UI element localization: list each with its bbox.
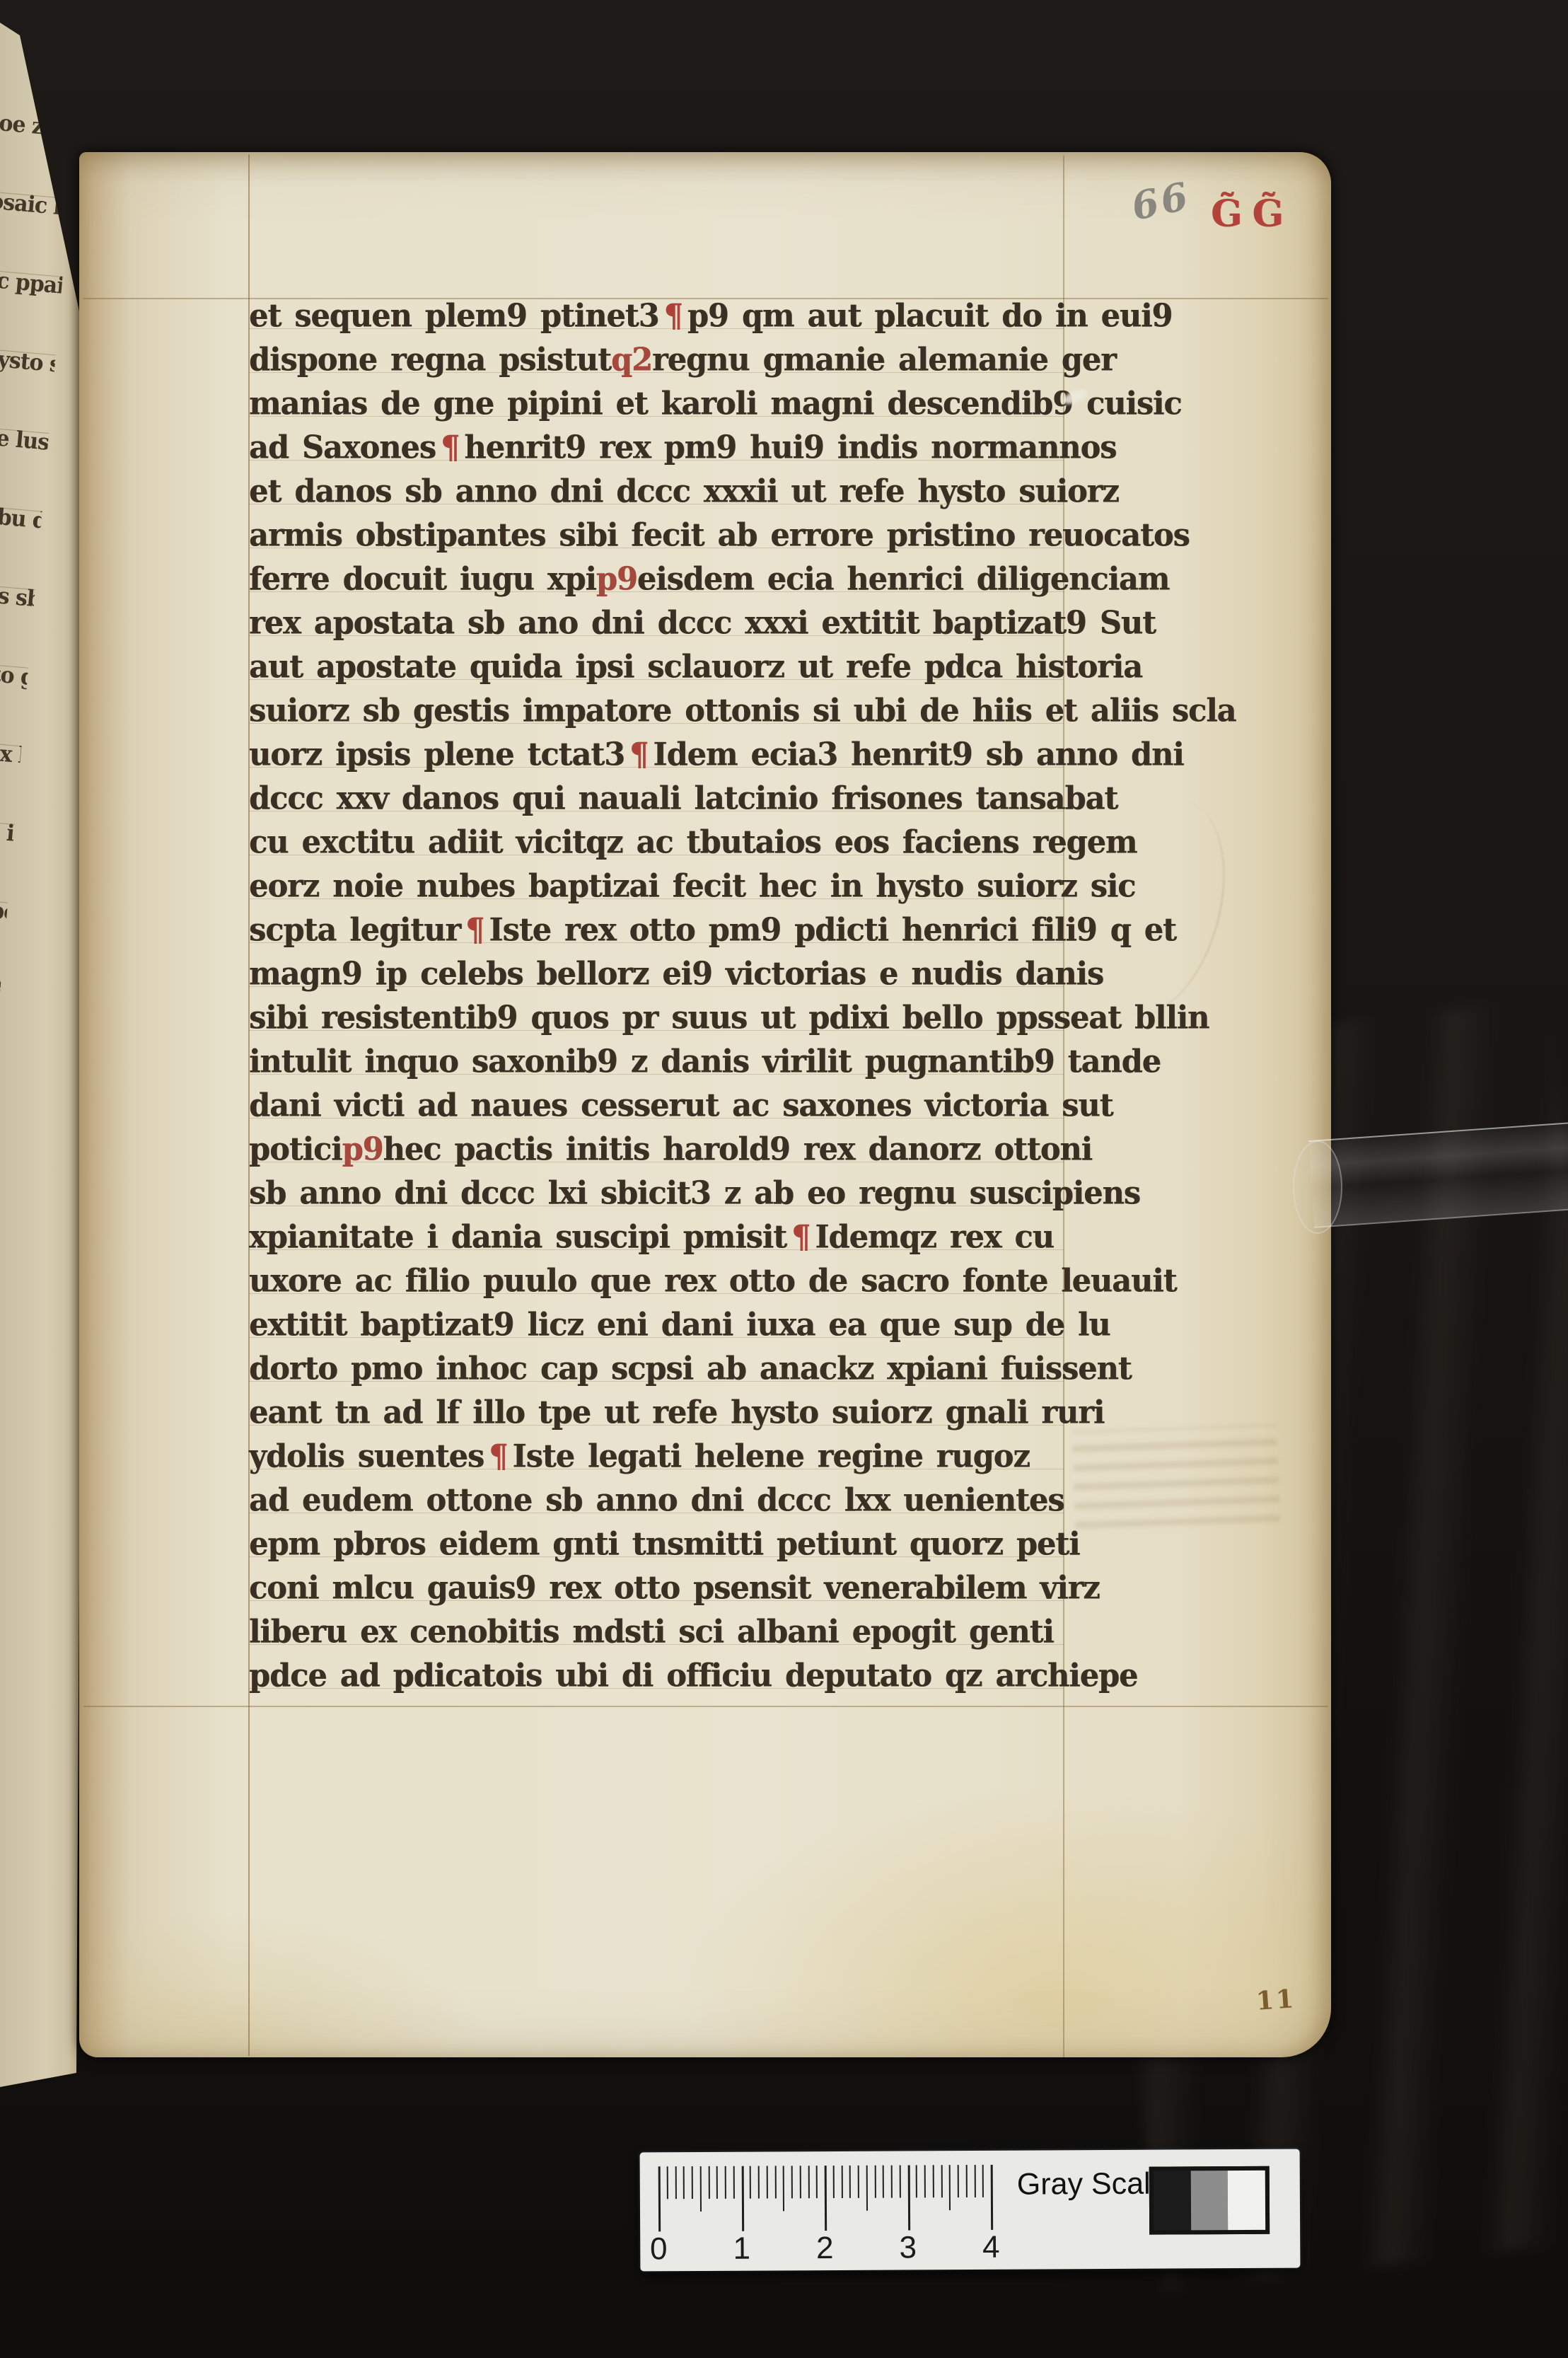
grayscale-patch: [1190, 2171, 1228, 2230]
ruler-tick: [924, 2165, 926, 2197]
facing-page-line: ne dures boh: [0, 889, 8, 981]
manuscript-line: xpianitate i dania suscipi pmisit ¶ Idem…: [249, 1214, 1105, 1260]
ruler-tick: [699, 2166, 701, 2212]
manuscript-line: epm pbros eidem gnti tnsmitti petiunt qu…: [249, 1521, 1105, 1567]
ruler-tick: [825, 2166, 827, 2231]
ruler-tick: [666, 2166, 668, 2199]
manuscript-line: et sequen plem9 ptinet3 ¶ p9 qm aut plac…: [249, 293, 1105, 339]
facing-page-line: z suenos sb i: [0, 576, 35, 669]
facing-page-line: rani bapti3: [0, 967, 1, 1060]
facing-page-line: q mosaic bapte3: [0, 185, 70, 277]
ruler-tick: [808, 2166, 809, 2198]
ruler-tick: [675, 2166, 676, 2199]
ruler-tick: [958, 2165, 959, 2197]
ruler-tick: [783, 2166, 784, 2211]
text-showthrough: [1072, 1424, 1281, 1529]
grayscale-patch: [1154, 2171, 1191, 2230]
manuscript-line: potici p9 hec pactis initis harold9 rex …: [249, 1126, 1105, 1172]
manuscript-line: rex apostata sb ano dni dccc xxxi extiti…: [249, 600, 1105, 646]
ruler-tick: [774, 2166, 776, 2198]
ruler-tick: [741, 2166, 743, 2231]
ruler-tick: [982, 2165, 984, 2197]
manuscript-line: dccc xxv danos qui nauali latcinio friso…: [249, 775, 1105, 821]
ruler-tick: [899, 2166, 900, 2198]
manuscript-line: magn9 ip celebs bellorz ei9 victorias e …: [249, 951, 1105, 997]
facing-page-line: k in hysto suioz: [0, 341, 56, 434]
ink-folio-number: 11: [1255, 1984, 1297, 2016]
manuscript-line: intulit inquo saxonib9 z danis virilit p…: [249, 1039, 1105, 1085]
gray-scale-ruler: 01234 Gray Scale: [640, 2149, 1301, 2272]
manuscript-line: dispone regna psistut q2 regnu gmanie al…: [249, 337, 1105, 383]
grayscale-patches: [1149, 2166, 1270, 2235]
ruler-tick: [974, 2165, 975, 2197]
ruler-tick: [841, 2166, 842, 2198]
manuscript-line: dani victi ad naues cesserut ac saxones …: [249, 1082, 1105, 1128]
ruler-ticks: [658, 2166, 659, 2237]
ruler-number: 1: [733, 2231, 750, 2267]
grayscale-patch: [1228, 2171, 1265, 2230]
facing-page-line: z sc ide lus: [0, 420, 50, 512]
manuscript-line: uxore ac filio puulo que rex otto de sac…: [249, 1258, 1105, 1304]
ruler-tick: [692, 2166, 693, 2199]
ruler-tick: [883, 2166, 884, 2198]
facing-page-line: qz de qua i ccl: [0, 810, 15, 903]
facing-page-line: u pmo rex b: [0, 732, 22, 825]
facing-page-line: itoz hysto gni: [0, 654, 29, 746]
red-quire-mark: G̃G̃: [1211, 192, 1294, 236]
manuscript-line: eant tn ad lf illo tpe ut refe hysto sui…: [249, 1389, 1105, 1435]
facing-page-line: u vxoe z filiis nrs: [0, 106, 76, 199]
ruler-tick: [758, 2166, 760, 2199]
ruler-tick: [832, 2166, 834, 2198]
manuscript-line: coni mlcu gauis9 rex otto psensit venera…: [249, 1565, 1105, 1611]
manuscript-line: dorto pmo inhoc cap scpsi ab anackz xpia…: [249, 1346, 1105, 1392]
manuscript-line: uorz ipsis plene tctat3 ¶ Idem ecia3 hen…: [249, 732, 1105, 778]
ruler-tick: [858, 2166, 859, 2198]
ruler-tick: [874, 2166, 876, 2198]
ruler-tick: [791, 2166, 793, 2198]
manuscript-line: pdce ad pdicatois ubi di officiu deputat…: [249, 1653, 1105, 1699]
manuscript-line: cu exctitu adiit vicitqz ac tbutaios eos…: [249, 819, 1105, 865]
facing-page-text: u vxoe z filiis nrsq mosaic bapte3ore ac…: [0, 108, 76, 2076]
ruler-number: 0: [650, 2231, 668, 2267]
manuscript-line: eorz noie nubes baptizai fecit hec in hy…: [249, 863, 1105, 909]
manuscript-line: suiorz sb gestis impatore ottonis si ubi…: [249, 688, 1105, 734]
ruler-number: 2: [816, 2231, 834, 2266]
ruler-tick: [766, 2166, 767, 2198]
ruler-number: 3: [899, 2230, 917, 2265]
ruler-tick: [991, 2165, 993, 2230]
ruler-tick: [932, 2165, 934, 2197]
manuscript-line: manias de gne pipini et karoli magni des…: [249, 381, 1105, 427]
ruler-tick: [949, 2165, 951, 2210]
facing-page-line: nano libu de sca: [0, 497, 42, 590]
manuscript-line: sb anno dni dccc lxi sbicit3 z ab eo reg…: [249, 1170, 1105, 1216]
text-block: et sequen plem9 ptinet3 ¶ p9 qm aut plac…: [249, 294, 1105, 1698]
ruler-tick: [658, 2166, 661, 2231]
manuscript-line: ydolis suentes ¶ Iste legati helene regi…: [249, 1433, 1105, 1479]
ruler-tick: [907, 2165, 910, 2230]
manuscript-line: ferre docuit iugu xpi p9 eisdem ecia hen…: [249, 556, 1105, 602]
ruler-number: 4: [982, 2230, 1000, 2265]
ruler-tick: [750, 2166, 751, 2199]
ruler-tick: [866, 2166, 867, 2211]
facing-page-edge: u vxoe z filiis nrsq mosaic bapte3ore ac…: [0, 20, 83, 2089]
ruling-line-bottom: [83, 1706, 1328, 1707]
ruler-tick: [708, 2166, 709, 2199]
ruler-tick: [716, 2166, 718, 2199]
ruler-tick: [941, 2165, 942, 2197]
manuscript-line: armis obstipantes sibi fecit ab errore p…: [249, 512, 1105, 558]
ruler-tick: [891, 2166, 893, 2198]
manuscript-line: ad eudem ottone sb anno dni dccc lxx uen…: [249, 1477, 1105, 1523]
manuscript-line: sibi resistentib9 quos pr suus ut pdixi …: [249, 995, 1105, 1041]
facing-page-line: ore ac ppaie: [0, 262, 63, 355]
manuscript-line: extitit baptizat9 licz eni dani iuxa ea …: [249, 1302, 1105, 1348]
ruler-tick: [965, 2165, 967, 2197]
ruler-tick: [849, 2166, 851, 2198]
ruler-tick: [799, 2166, 801, 2198]
ruler-tick: [816, 2166, 818, 2198]
ruler-tick: [916, 2165, 917, 2197]
manuscript-line: liberu ex cenobitis mdsti sci albani epo…: [249, 1609, 1105, 1655]
ruler-tick: [683, 2166, 685, 2199]
manuscript-line: ad Saxones ¶ henrit9 rex pm9 hui9 indis …: [249, 424, 1105, 470]
ruler-tick: [725, 2166, 726, 2199]
manuscript-line: aut apostate quida ipsi sclauorz ut refe…: [249, 644, 1105, 690]
transparent-page-strap: [1308, 1122, 1568, 1228]
manuscript-line: et danos sb anno dni dccc xxxii ut refe …: [249, 468, 1105, 514]
photograph-scene: u vxoe z filiis nrsq mosaic bapte3ore ac…: [0, 0, 1568, 2358]
ruler-tick: [733, 2166, 734, 2199]
manuscript-line: scpta legitur ¶ Iste rex otto pm9 pdicti…: [249, 907, 1105, 953]
gray-scale-label: Gray Scale: [1017, 2167, 1168, 2202]
